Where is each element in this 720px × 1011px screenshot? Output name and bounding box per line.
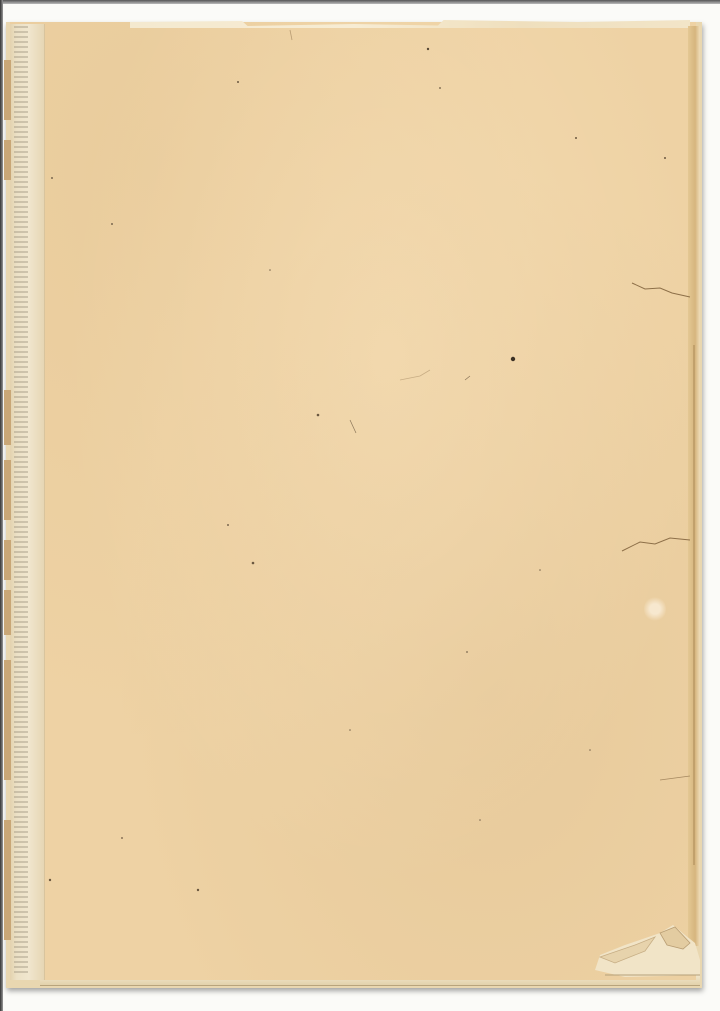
paper-cover: [10, 22, 696, 980]
paper-blemish: [644, 596, 666, 622]
right-edge-fold-line: [693, 345, 695, 865]
torn-spine-tabs: [4, 60, 14, 960]
torn-corner: [595, 915, 700, 980]
spine-stitching: [14, 26, 28, 976]
scanner-top-shadow: [0, 0, 720, 4]
scanned-document: [0, 0, 720, 1011]
scanner-left-edge: [0, 0, 3, 1011]
